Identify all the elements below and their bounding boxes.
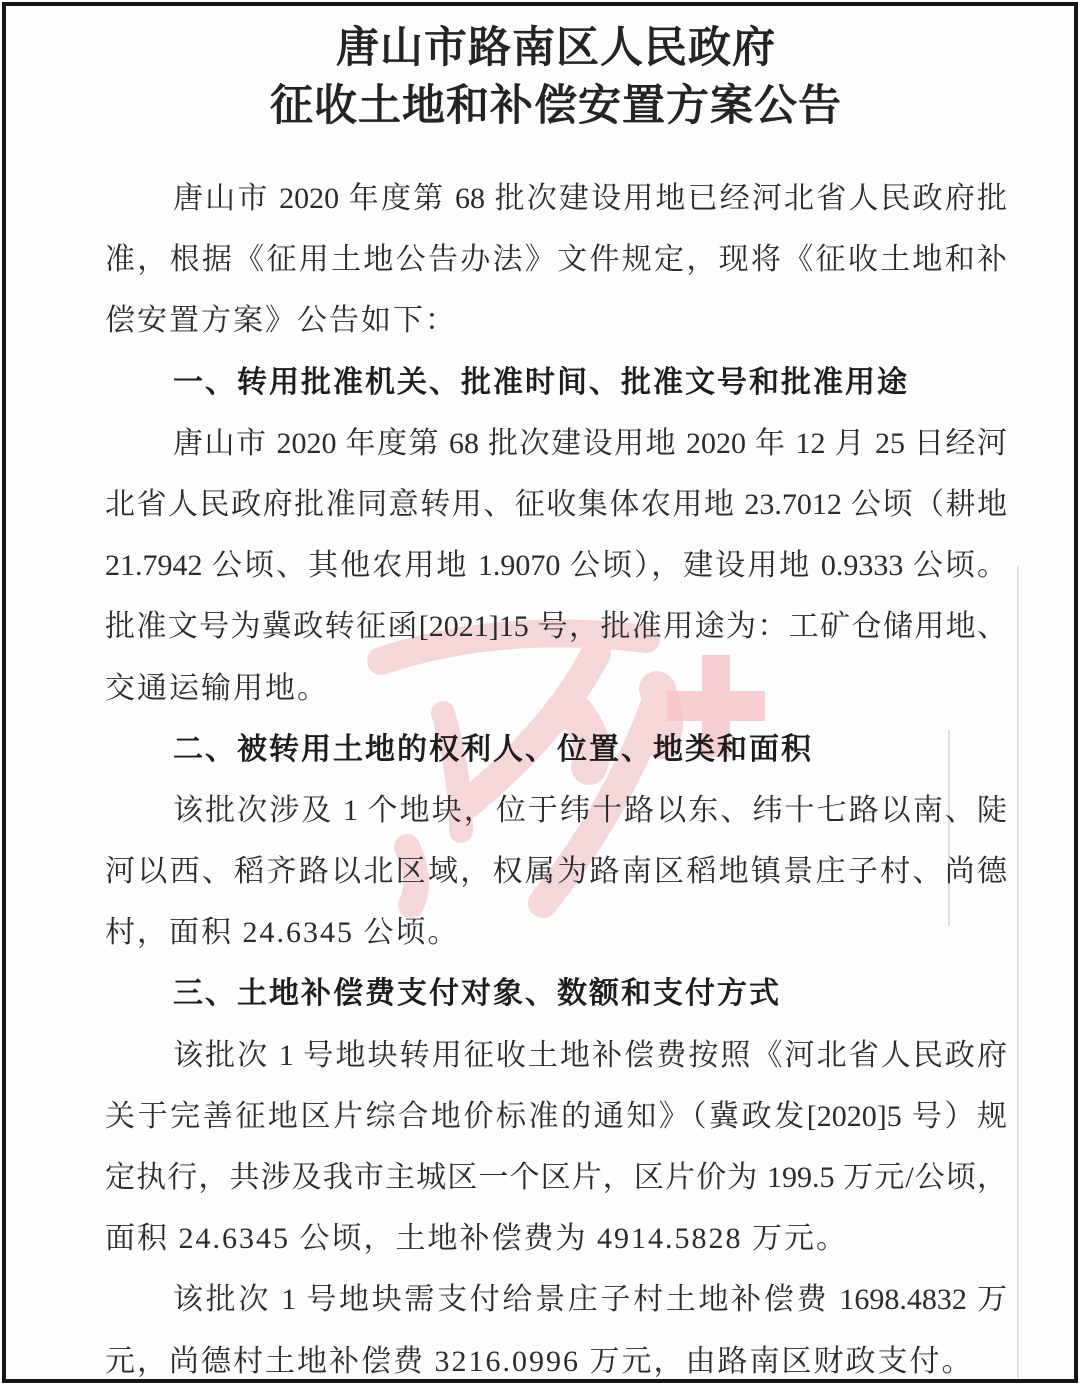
paragraph-line: 批准文号为冀政转征函[2021]15 号，批准用途为：工矿仓储用地、 bbox=[105, 596, 1007, 657]
doc-title-line-1: 唐山市路南区人民政府 bbox=[105, 20, 1007, 78]
doc-title-line-2: 征收土地和补偿安置方案公告 bbox=[105, 78, 1007, 136]
section-heading-2: 二、被转用土地的权利人、位置、地类和面积 bbox=[105, 719, 1007, 780]
paragraph-line: 唐山市 2020 年度第 68 批次建设用地 2020 年 12 月 25 日经… bbox=[105, 413, 1007, 474]
paragraph-line: 面积 24.6345 公顷，土地补偿费为 4914.5828 万元。 bbox=[105, 1208, 1007, 1269]
doc-content: 唐山市 2020 年度第 68 批次建设用地已经河北省人民政府批 准，根据《征用… bbox=[105, 168, 1007, 1383]
paragraph-line: 准，根据《征用土地公告办法》文件规定，现将《征收土地和补 bbox=[105, 229, 1007, 290]
page-border: 唐山市路南区人民政府 征收土地和补偿安置方案公告 唐山市 2020 年度第 68… bbox=[2, 2, 1078, 1383]
section-heading-3: 三、土地补偿费支付对象、数额和支付方式 bbox=[105, 963, 1007, 1024]
paragraph-line: 该批次 1 号地块转用征收土地补偿费按照《河北省人民政府 bbox=[105, 1025, 1007, 1086]
paragraph-line: 唐山市 2020 年度第 68 批次建设用地已经河北省人民政府批 bbox=[105, 168, 1007, 229]
paragraph-line: 交通运输用地。 bbox=[105, 658, 1007, 719]
paragraph-line: 偿安置方案》公告如下： bbox=[105, 290, 1007, 351]
scanned-announcement-page: 唐山市路南区人民政府 征收土地和补偿安置方案公告 唐山市 2020 年度第 68… bbox=[0, 0, 1080, 1385]
paragraph-line: 该批次涉及 1 个地块，位于纬十路以东、纬十七路以南、陡 bbox=[105, 780, 1007, 841]
paragraph-line: 元，尚德村土地补偿费 3216.0996 万元，由路南区财政支付。 bbox=[105, 1331, 1007, 1383]
document-body: 唐山市路南区人民政府 征收土地和补偿安置方案公告 唐山市 2020 年度第 68… bbox=[105, 6, 1007, 1383]
paragraph-line: 21.7942 公顷、其他农用地 1.9070 公顷），建设用地 0.9333 … bbox=[105, 535, 1007, 596]
paragraph-line: 定执行，共涉及我市主城区一个区片，区片价为 199.5 万元/公顷， bbox=[105, 1147, 1007, 1208]
paragraph-line: 关于完善征地区片综合地价标准的通知》（冀政发[2020]5 号）规 bbox=[105, 1086, 1007, 1147]
section-heading-1: 一、转用批准机关、批准时间、批准文号和批准用途 bbox=[105, 352, 1007, 413]
paragraph-line: 北省人民政府批准同意转用、征收集体农用地 23.7012 公顷（耕地 bbox=[105, 474, 1007, 535]
paragraph-line: 该批次 1 号地块需支付给景庄子村土地补偿费 1698.4832 万 bbox=[105, 1269, 1007, 1330]
paragraph-line: 村，面积 24.6345 公顷。 bbox=[105, 902, 1007, 963]
scan-crease-line bbox=[1017, 566, 1019, 1379]
paragraph-line: 河以西、稻齐路以北区域，权属为路南区稻地镇景庄子村、尚德 bbox=[105, 841, 1007, 902]
